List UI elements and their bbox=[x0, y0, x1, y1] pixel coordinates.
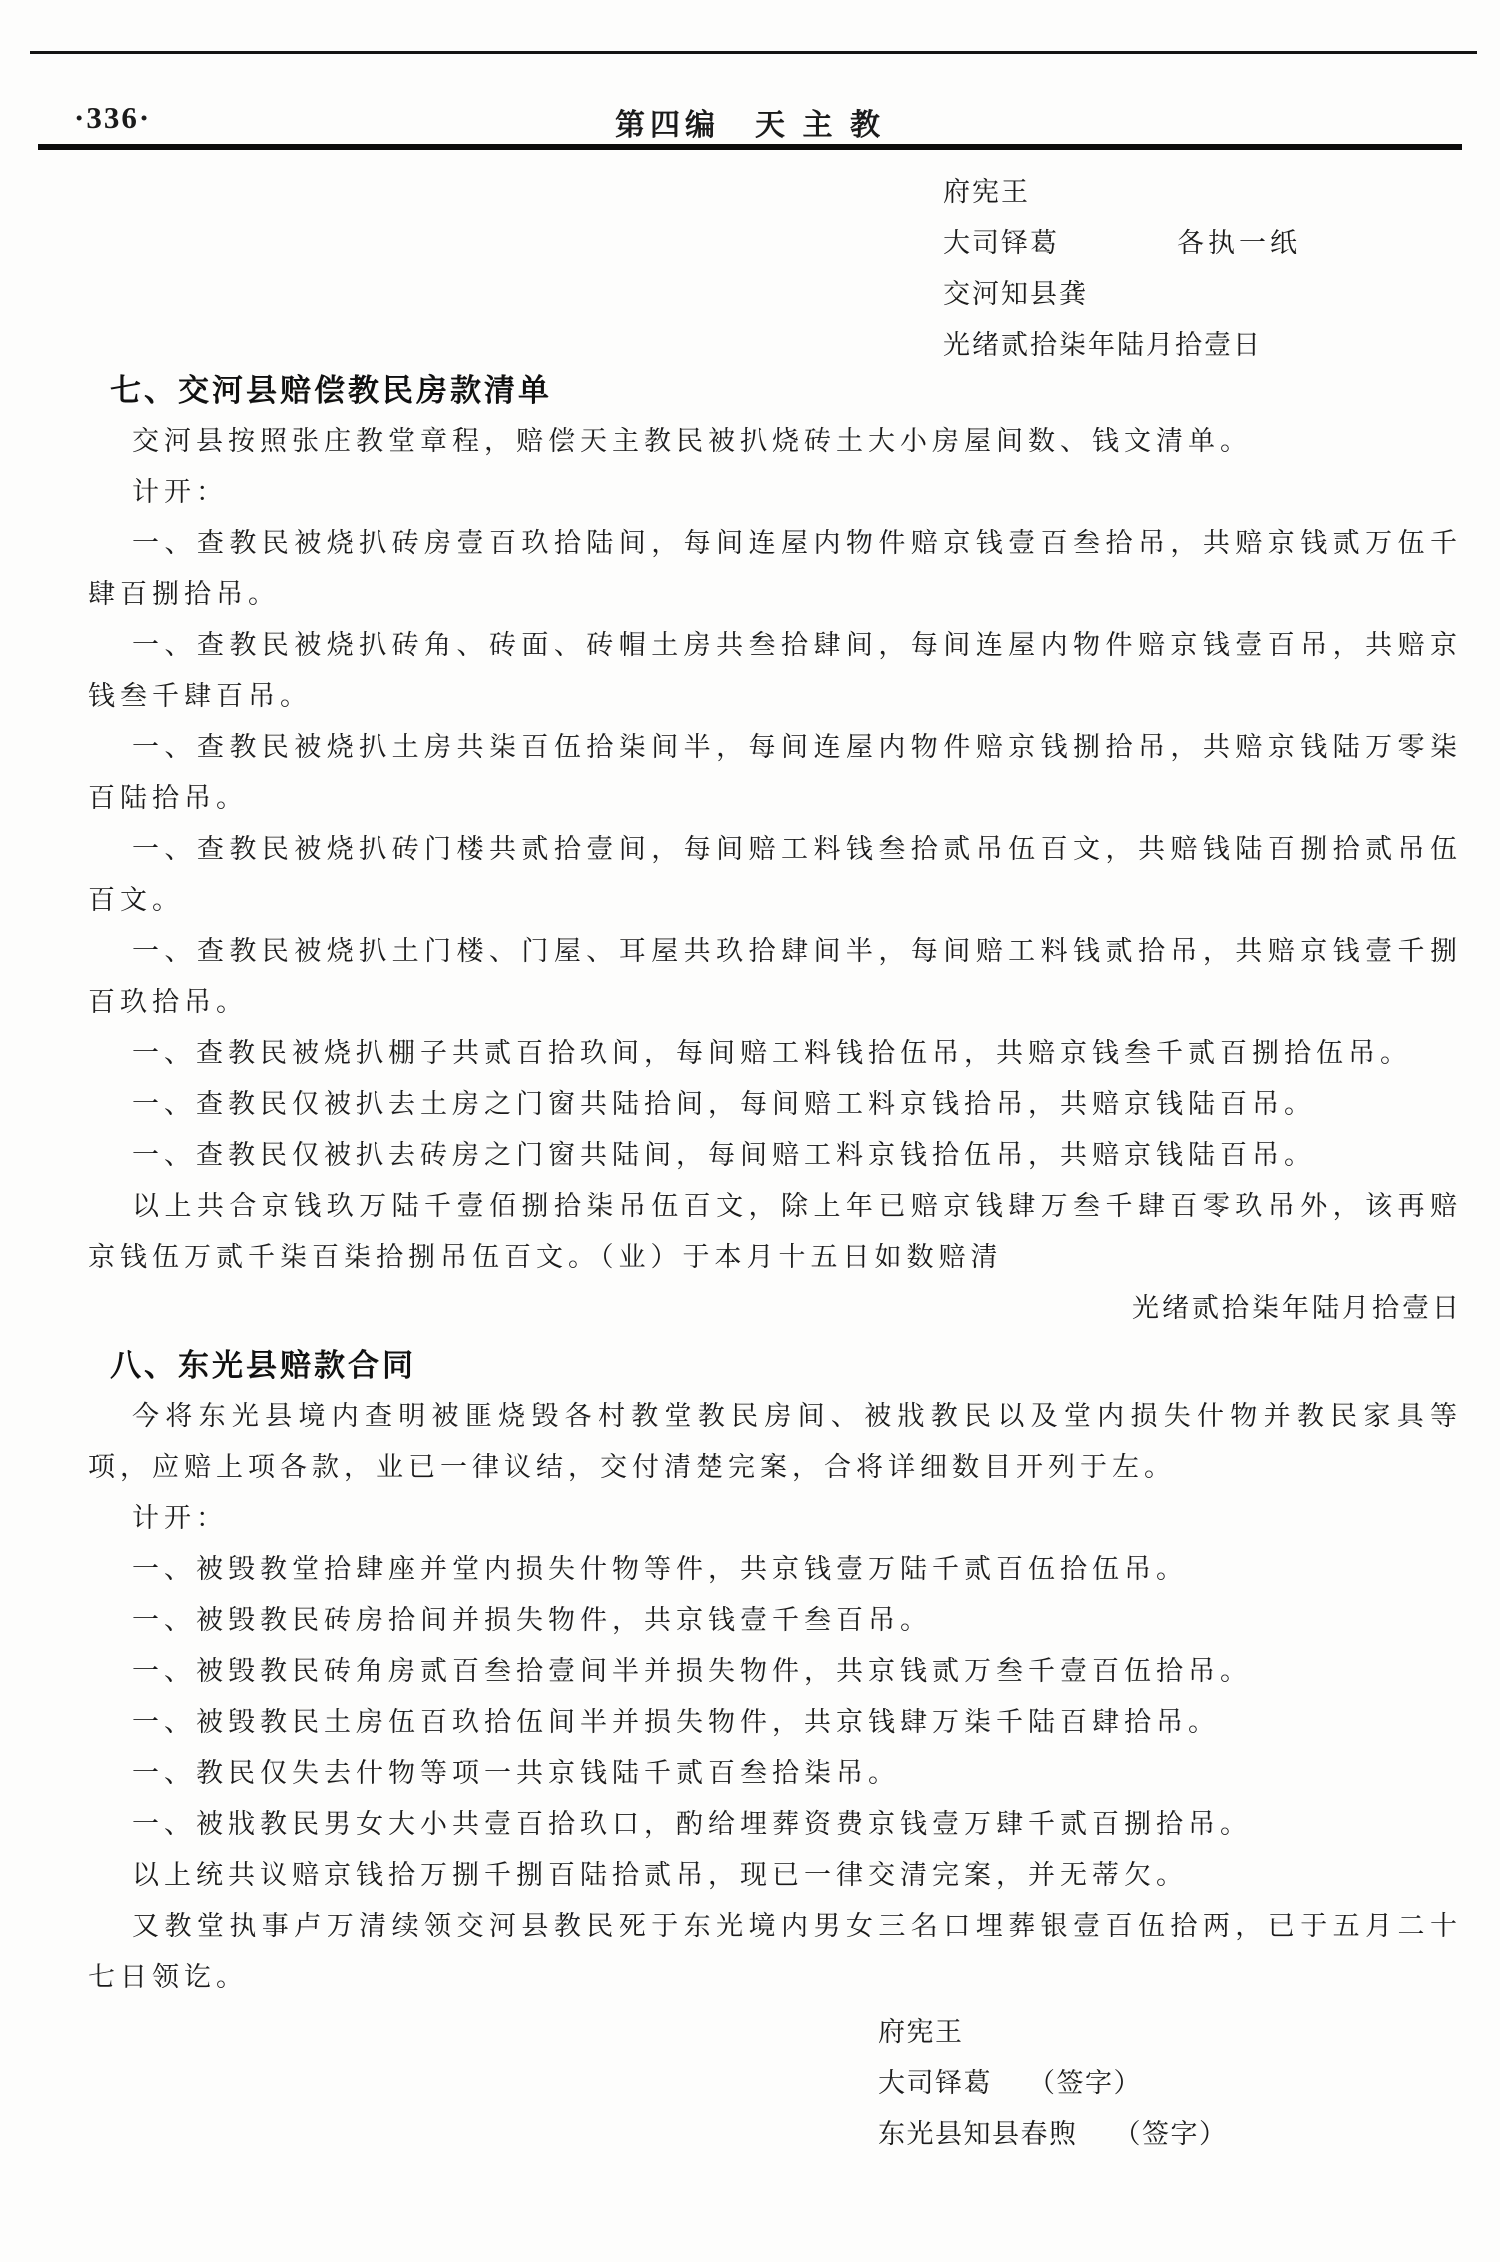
list-item: 一、被毁教民砖角房贰百叁拾壹间半并损失物件，共京钱贰万叁千壹百伍拾吊。 bbox=[88, 1646, 1462, 1697]
signer-name: 大司铎葛 bbox=[878, 2068, 992, 2098]
list-item: 以上统共议赔京钱拾万捌千捌百陆拾贰吊，现已一律交清完案，并无蒂欠。 bbox=[88, 1850, 1462, 1901]
signature-line: 交河知县龚 bbox=[943, 269, 1262, 320]
list-item: 一、查教民被烧扒砖房壹百玖拾陆间，每间连屋内物件赔京钱壹百叁拾吊，共赔京钱贰万伍… bbox=[88, 518, 1462, 620]
list-item: 以上共合京钱玖万陆千壹佰捌拾柒吊伍百文，除上年已赔京钱肆万叁千肆百零玖吊外，该再… bbox=[88, 1181, 1462, 1283]
list-item: 一、查教民被烧扒砖角、砖面、砖帽土房共叁拾肆间，每间连屋内物件赔京钱壹百吊，共赔… bbox=[88, 620, 1462, 722]
running-header-title: 第四编 天 主 教 bbox=[0, 100, 1500, 144]
list-item: 一、被毁教堂拾肆座并堂内损失什物等件，共京钱壹万陆千贰百伍拾伍吊。 bbox=[88, 1544, 1462, 1595]
list-label: 计开： bbox=[88, 467, 1462, 518]
section-seven-date: 光绪贰拾柒年陆月拾壹日 bbox=[88, 1283, 1462, 1334]
section-eight-heading: 八、东光县赔款合同 bbox=[88, 1340, 1462, 1391]
signature-mark-note: （签字） bbox=[1028, 2068, 1142, 2098]
each-holds-copy-note: 各执一纸 bbox=[1177, 218, 1301, 269]
scanned-book-page: ·336· 第四编 天 主 教 府宪王 大司铎葛 交河知县龚 光绪贰拾柒年陆月拾… bbox=[0, 0, 1500, 2262]
list-label: 计开： bbox=[88, 1493, 1462, 1544]
top-signature-block: 府宪王 大司铎葛 交河知县龚 光绪贰拾柒年陆月拾壹日 bbox=[943, 167, 1262, 371]
top-edge-line bbox=[30, 51, 1477, 54]
document-body: 七、交河县赔偿教民房款清单 交河县按照张庄教堂章程，赔偿天主教民被扒烧砖土大小房… bbox=[88, 365, 1462, 2003]
list-item: 一、查教民被烧扒棚子共贰百拾玖间，每间赔工料钱拾伍吊，共赔京钱叁千贰百捌拾伍吊。 bbox=[88, 1028, 1462, 1079]
signature-line: 府宪王 bbox=[878, 2007, 1228, 2058]
section-seven-intro: 交河县按照张庄教堂章程，赔偿天主教民被扒烧砖土大小房屋间数、钱文清单。 bbox=[88, 416, 1462, 467]
list-item: 一、查教民仅被扒去土房之门窗共陆拾间，每间赔工料京钱拾吊，共赔京钱陆百吊。 bbox=[88, 1079, 1462, 1130]
signature-line: 大司铎葛（签字） bbox=[878, 2058, 1228, 2109]
list-item: 一、被戕教民男女大小共壹百拾玖口，酌给埋葬资费京钱壹万肆千贰百捌拾吊。 bbox=[88, 1799, 1462, 1850]
list-item: 一、被毁教民砖房拾间并损失物件，共京钱壹千叁百吊。 bbox=[88, 1595, 1462, 1646]
list-item: 一、查教民被烧扒土门楼、门屋、耳屋共玖拾肆间半，每间赔工料钱贰拾吊，共赔京钱壹千… bbox=[88, 926, 1462, 1028]
header-rule bbox=[38, 144, 1462, 150]
list-item: 又教堂执事卢万清续领交河县教民死于东光境内男女三名口埋葬银壹百伍拾两，已于五月二… bbox=[88, 1901, 1462, 2003]
list-item: 一、被毁教民土房伍百玖拾伍间半并损失物件，共京钱肆万柒千陆百肆拾吊。 bbox=[88, 1697, 1462, 1748]
signer-name: 东光县知县春煦 bbox=[878, 2119, 1078, 2149]
section-seven-items: 一、查教民被烧扒砖房壹百玖拾陆间，每间连屋内物件赔京钱壹百叁拾吊，共赔京钱贰万伍… bbox=[88, 518, 1462, 1283]
signature-line: 府宪王 bbox=[943, 167, 1262, 218]
list-item: 一、查教民被烧扒砖门楼共贰拾壹间，每间赔工料钱叁拾贰吊伍百文，共赔钱陆百捌拾贰吊… bbox=[88, 824, 1462, 926]
section-eight-items: 一、被毁教堂拾肆座并堂内损失什物等件，共京钱壹万陆千贰百伍拾伍吊。 一、被毁教民… bbox=[88, 1544, 1462, 2003]
signature-date: 光绪贰拾柒年陆月拾壹日 bbox=[943, 320, 1262, 371]
list-item: 一、查教民被烧扒土房共柒百伍拾柒间半，每间连屋内物件赔京钱捌拾吊，共赔京钱陆万零… bbox=[88, 722, 1462, 824]
signature-line: 东光县知县春煦（签字） bbox=[878, 2109, 1228, 2160]
list-item: 一、查教民仅被扒去砖房之门窗共陆间，每间赔工料京钱拾伍吊，共赔京钱陆百吊。 bbox=[88, 1130, 1462, 1181]
signature-mark-note: （签字） bbox=[1114, 2119, 1228, 2149]
signer-name: 府宪王 bbox=[878, 2017, 964, 2047]
section-seven-heading: 七、交河县赔偿教民房款清单 bbox=[88, 365, 1462, 416]
list-item: 一、教民仅失去什物等项一共京钱陆千贰百叁拾柒吊。 bbox=[88, 1748, 1462, 1799]
bottom-signature-block: 府宪王 大司铎葛（签字） 东光县知县春煦（签字） bbox=[878, 2007, 1228, 2160]
section-eight-intro: 今将东光县境内查明被匪烧毁各村教堂教民房间、被戕教民以及堂内损失什物并教民家具等… bbox=[88, 1391, 1462, 1493]
